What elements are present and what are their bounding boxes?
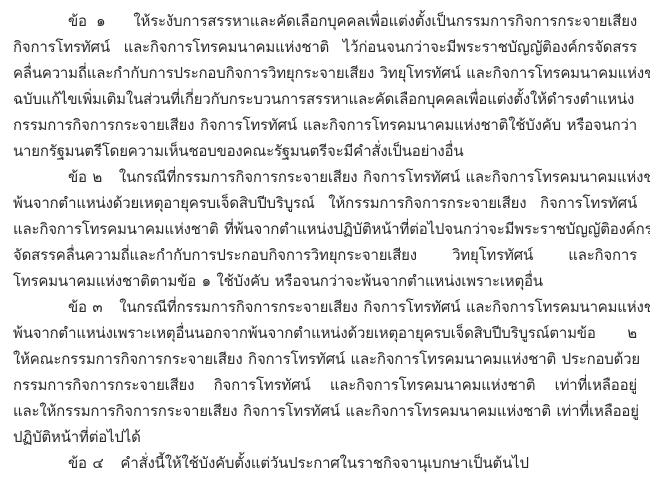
clause-3-line-2: พ้นจากตำแหน่งเพราะเหตุอื่นนอกจากพ้นจากตำ…: [13, 320, 637, 346]
clause-2-line-4: จัดสรรคลื่นความถี่และกำกับการประกอบกิจกา…: [13, 242, 637, 268]
clause-1-line-1: ข้อ ๑ ให้ระงับการสรรหาและคัดเลือกบุคคลเพ…: [68, 8, 637, 34]
clause-2-line-5: โทรคมนาคมแห่งชาติตามข้อ ๑ ใช้บังคับ หรือ…: [13, 268, 637, 294]
document-page: ข้อ ๑ ให้ระงับการสรรหาและคัดเลือกบุคคลเพ…: [0, 0, 650, 478]
clause-1-line-3: คลื่นความถี่และกำกับการประกอบกิจการวิทยุ…: [13, 60, 637, 86]
clause-3-label: ข้อ ๓: [68, 298, 103, 316]
clause-2-line-1: ข้อ ๒ ในกรณีที่กรรมการกิจการกระจายเสียง …: [68, 164, 637, 190]
clause-3-text: ในกรณีที่กรรมการกิจการกระจายเสียง กิจการ…: [119, 298, 650, 316]
clause-3-line-6: ปฏิบัติหน้าที่ต่อไปได้: [13, 424, 637, 450]
clause-1-line-5: กรรมการกิจการกระจายเสียง กิจการโทรทัศน์ …: [13, 112, 637, 138]
clause-3-line-3: ให้คณะกรรมการกิจการกระจายเสียง กิจการโทร…: [13, 346, 637, 372]
clause-3-line-4: กรรมการกิจการกระจายเสียง กิจการโทรทัศน์ …: [13, 372, 637, 398]
clause-2-text: ในกรณีที่กรรมการกิจการกระจายเสียง กิจการ…: [119, 168, 650, 186]
clause-3-line-1: ข้อ ๓ ในกรณีที่กรรมการกิจการกระจายเสียง …: [68, 294, 637, 320]
clause-1-line-6: นายกรัฐมนตรีโดยความเห็นชอบของคณะรัฐมนตรี…: [13, 138, 637, 164]
clause-4-label: ข้อ ๔: [68, 454, 104, 472]
clause-4-line-1: ข้อ ๔ คำสั่งนี้ให้ใช้บังคับตั้งแต่วันประ…: [68, 450, 637, 476]
clause-1-line-4: ฉบับแก้ไขเพิ่มเติมในส่วนที่เกี่ยวกับกระบ…: [13, 86, 637, 112]
clause-1-line-2: กิจการโทรทัศน์ และกิจการโทรคมนาคมแห่งชาต…: [13, 34, 637, 60]
clause-2-label: ข้อ ๒: [68, 168, 102, 186]
clause-3-line-5: และให้กรรมการกิจการกระจายเสียง กิจการโทร…: [13, 398, 637, 424]
clause-1-text: ให้ระงับการสรรหาและคัดเลือกบุคคลเพื่อแต่…: [133, 12, 637, 30]
clause-2-line-2: พ้นจากตำแหน่งด้วยเหตุอายุครบเจ็ดสิบปีบริ…: [13, 190, 637, 216]
clause-4-text: คำสั่งนี้ให้ใช้บังคับตั้งแต่วันประกาศในร…: [120, 454, 529, 472]
clause-1-label: ข้อ ๑: [68, 12, 105, 30]
clause-2-line-3: และกิจการโทรคมนาคมแห่งชาติ ที่พ้นจากตำแห…: [13, 216, 637, 242]
